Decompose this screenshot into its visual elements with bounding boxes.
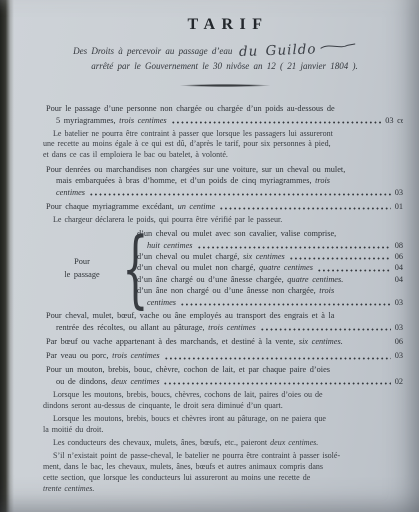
text-run: un centime [178,201,216,213]
text-line: Pour denrées ou marchandises non chargée… [46,164,403,176]
text-run: trois [315,175,330,187]
dot-leader [163,382,390,385]
amount-value: 03 [395,187,403,199]
text-run: centimes [56,187,85,199]
text-run: Lorsque les moutons, brebis, boucs et ch… [53,414,326,425]
dot-leader [197,246,391,249]
text-line: Pour chaque myriagramme excédant, un cen… [46,201,403,213]
text-line: d’un cheval ou mulet non chargé, quatre … [137,262,403,273]
text-line: une recette au moins égale à ce qui est … [43,139,403,150]
text-line: ment, dans le bac, les chevaux, mulets, … [43,462,403,473]
dot-leader [171,121,382,124]
document-page: TARIF Des Droits à percevoir au passage … [0,0,419,512]
text-line: dindons seront au-dessus de cinquante, l… [43,401,403,412]
text-line: la moitié du droit. [43,425,403,436]
amount-value: 06 [395,336,403,348]
text-line: Pour cheval, mulet, bœuf, vache ou âne e… [46,310,403,322]
text-line: Pour un mouton, brebis, bouc, chèvre, co… [46,364,403,376]
text-run: Le chargeur déclarera le poids, qui pour… [53,215,282,226]
text-run: trois centimes [112,350,160,362]
text-line: trente centimes. [43,484,403,495]
amount-value: 04 [395,274,403,285]
text-line: Les conducteurs des chevaux, mulets, âne… [43,438,403,449]
text-run: Les conducteurs des chevaux, mulets, âne… [53,438,270,449]
text-line: Par veau ou porc, trois centimes03 [46,350,403,362]
text-run: la moitié du droit. [43,425,103,436]
text-line: d’un cheval ou mulet avec son cavalier, … [137,228,403,239]
dot-leader [180,303,391,306]
page-title: TARIF [46,16,403,34]
amount-value: 03 [395,322,403,334]
dot-leader [289,257,391,260]
dot-leader [89,193,391,196]
text-run: Pour un mouton, brebis, bouc, chèvre, co… [46,364,330,376]
text-line: Le chargeur déclarera le poids, qui pour… [43,215,403,226]
text-run: dindons seront au-dessus de cinquante, l… [43,401,283,412]
text-line: rentrée des récoltes, ou allant au pâtur… [46,322,403,334]
amount-value: 04 [395,262,403,273]
tariff-entry: Pour un mouton, brebis, bouc, chèvre, co… [46,364,403,387]
text-line: cette section, que lorsque les conducteu… [43,473,403,484]
dot-leader [164,357,391,360]
amount-value: 03 cent. [385,115,403,127]
text-line: centimes03 [46,187,403,199]
text-run: Par bœuf ou vache appartenant à des marc… [46,336,299,348]
dot-leader [260,328,391,331]
subtitle-line-2: arrêté par le Gouvernement le 30 nivôse … [46,61,403,71]
brace-group: Pourle passage{d’un cheval ou mulet avec… [46,228,403,308]
text-run: une recette au moins égale à ce qui est … [43,139,331,150]
text-line: Lorsque les moutons, brebis, boucs, chèv… [43,390,403,401]
text-run: et dans ce cas il emploiera le bac ou ba… [43,150,228,161]
amount-value: 02 [395,376,403,388]
text-line: mais embarquées à bras d’homme, et d’un … [46,175,403,187]
text-line: Lorsque les moutons, brebis, boucs et ch… [43,414,403,425]
brace-group-label: Pourle passage [46,255,118,281]
text-line: S’il n’existait point de passe-cheval, l… [43,451,403,462]
amount-value: 01 [395,201,403,213]
text-run: ou de dindons, [56,376,111,388]
signature-flourish [320,41,356,51]
text-run: Par veau ou porc, [46,350,112,362]
tariff-entry: Pour le passage d’une personne non charg… [46,103,403,126]
text-run: d’un cheval ou mulet avec son cavalier, … [137,228,336,239]
text-line: Par bœuf ou vache appartenant à des marc… [46,336,403,348]
tariff-entry: Pour chaque myriagramme excédant, un cen… [46,201,403,213]
text-line: et dans ce cas il emploiera le bac ou ba… [43,150,403,161]
section-divider-rule [179,84,271,87]
text-run: d’un âne chargé ou d’une ânesse chargée, [137,274,287,285]
text-run: centimes [147,297,176,308]
text-line: d’un âne chargé ou d’une ânesse chargée,… [137,274,403,285]
text-run: trois centimes [208,322,256,334]
text-run: d’un âne non chargé ou d’une ânesse non … [137,285,319,296]
tariff-entry: Par veau ou porc, trois centimes03 [46,350,403,362]
text-run: d’un cheval ou mulet non chargé, [137,262,259,273]
text-run: cette section, que lorsque les conducteu… [43,473,310,484]
text-run: deux centimes [111,376,159,388]
dot-leader [219,207,390,210]
text-run: trois centimes [119,115,167,127]
text-line: d’un âne non chargé ou d’une ânesse non … [137,285,403,296]
text-line: d’un cheval ou mulet chargé, six centime… [137,251,403,262]
note-paragraph: Lorsque les moutons, brebis, boucs, chèv… [43,390,403,412]
text-line: centimes03 [137,297,403,308]
text-run: six centimes. [299,336,343,348]
curly-brace-glyph: { [122,228,130,308]
tariff-entry: Par bœuf ou vache appartenant à des marc… [46,336,403,348]
handwritten-text: du Guildo [239,41,317,60]
note-paragraph: S’il n’existait point de passe-cheval, l… [43,451,403,494]
amount-value: 06 [395,251,403,262]
text-run: quatre centimes. [287,274,343,285]
text-run: Pour denrées ou marchandises non chargée… [46,164,345,176]
text-run: mais embarquées à bras d’homme, et d’un … [56,175,315,187]
tariff-entry: Pour denrées ou marchandises non chargée… [46,164,403,199]
text-line: huit centimes08 [137,240,403,251]
text-run: rentrée des récoltes, ou allant au pâtur… [56,322,208,334]
brace-item-list: d’un cheval ou mulet avec son cavalier, … [137,228,403,308]
text-run: trente centimes. [43,484,94,495]
handwritten-place-name: du Guildo [239,40,356,60]
text-line: ou de dindons, deux centimes02 [46,376,403,388]
amount-value: 03 [395,297,403,308]
text-run: trois [319,285,334,296]
brace-label-line: Pour [74,257,90,266]
text-run: Pour le passage d’une personne non charg… [46,103,335,115]
text-run: quatre centimes [259,262,313,273]
note-paragraph: Le chargeur déclarera le poids, qui pour… [43,215,403,226]
text-run: huit centimes [147,240,193,251]
amount-value: 08 [395,240,403,251]
text-run: six centimes [243,251,285,262]
note-paragraph: Le batelier ne pourra être contraint à p… [43,129,403,161]
text-run: 5 myriagrammes, [56,115,119,127]
text-run: Le batelier ne pourra être contraint à p… [53,129,333,140]
tariff-body: Pour le passage d’une personne non charg… [46,103,403,494]
text-line: Le batelier ne pourra être contraint à p… [43,129,403,140]
text-run: d’un cheval ou mulet chargé, [137,251,243,262]
text-run: deux centimes. [270,438,318,449]
text-run: Pour chaque myriagramme excédant, [46,201,178,213]
subtitle-printed-text: Des Droits à percevoir au passage d’eau [73,46,232,56]
text-run: Lorsque les moutons, brebis, boucs, chèv… [53,390,323,401]
tariff-entry: Pour cheval, mulet, bœuf, vache ou âne e… [46,310,403,333]
text-run: ment, dans le bac, les chevaux, mulets, … [43,462,323,473]
text-run: Pour cheval, mulet, bœuf, vache ou âne e… [46,310,335,322]
text-run: S’il n’existait point de passe-cheval, l… [53,451,340,462]
subtitle-line-1: Des Droits à percevoir au passage d’eau … [26,42,403,58]
note-paragraph: Lorsque les moutons, brebis, boucs et ch… [43,414,403,436]
text-line: Pour le passage d’une personne non charg… [46,103,403,115]
dot-leader [347,343,391,346]
brace-label-line: le passage [64,270,99,279]
dot-leader [317,269,391,272]
amount-value: 03 [395,350,403,362]
note-paragraph: Les conducteurs des chevaux, mulets, âne… [43,438,403,449]
text-line: 5 myriagrammes, trois centimes03 cent. [46,115,403,127]
dot-leader [347,280,390,283]
document-content: TARIF Des Droits à percevoir au passage … [0,0,419,497]
